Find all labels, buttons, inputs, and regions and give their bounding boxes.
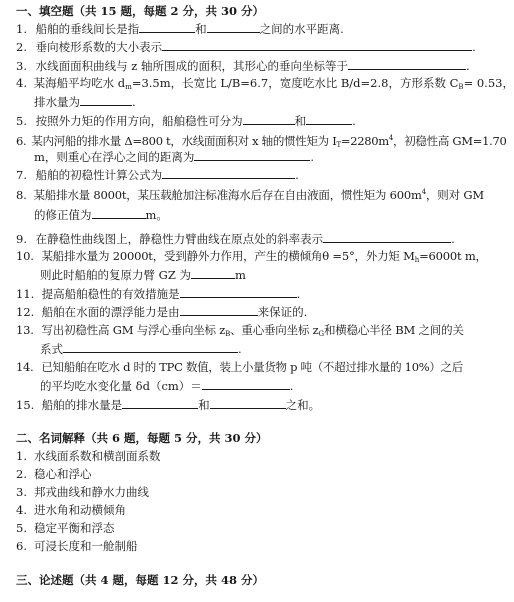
question-text: 水线面面积曲线与 z 轴所围成的面积，其形心的垂向坐标等于 (36, 59, 348, 73)
answer-blank[interactable] (323, 230, 451, 243)
answer-blank[interactable] (243, 112, 295, 125)
answer-blank[interactable] (80, 93, 132, 106)
question-4-continued: 排水量为. (34, 93, 136, 109)
section3-heading: 三、论述题（共 4 题，每题 12 分，共 48 分） (16, 572, 264, 588)
question-10-continued: 则此时船舶的复原力臂 GZ 为m (40, 266, 246, 282)
question-number: 2. (16, 39, 32, 55)
term-item-4: 4.进水角和动横倾角 (16, 502, 126, 518)
question-1: 1. 船舶的垂线间长是指和之间的水平距离. (16, 20, 344, 36)
question-number: 9. (16, 231, 32, 247)
term-item-6: 6.可浸长度和一舱制船 (16, 538, 138, 554)
term-text: 水线面系数和横剖面系数 (34, 449, 161, 463)
subscript: m (125, 83, 132, 91)
answer-blank[interactable] (191, 266, 235, 279)
question-5: 5. 按照外力矩的作用方向，船舶稳性可分为和. (16, 112, 356, 128)
answer-blank[interactable] (180, 285, 297, 298)
question-text: ，初稳性高 GM=1.70 (393, 134, 506, 148)
question-text: =2280m (341, 134, 389, 148)
question-6-continued: m，则重心在浮心之间的距离为. (34, 148, 314, 164)
question-2: 2. 垂向棱形系数的大小表示. (16, 38, 476, 54)
term-text: 稳心和浮心 (34, 467, 92, 481)
question-number: 6. (16, 133, 28, 149)
question-text: 和横稳心半径 BM 之间的关 (324, 323, 464, 337)
question-text: 之间的水平距离. (260, 22, 344, 36)
question-number: 4. (16, 75, 30, 91)
question-14: 14. 已知船舶在吃水 d 时的 TPC 数值，装上小量货物 p 吨（不超过排水… (16, 359, 463, 375)
question-12: 12. 船舶在水面的漂浮能力是由来保证的. (16, 303, 307, 319)
question-number: 7. (16, 167, 32, 183)
answer-blank[interactable] (194, 148, 310, 161)
answer-blank[interactable] (122, 396, 198, 409)
term-number: 6. (16, 538, 34, 554)
question-text: . (297, 287, 301, 301)
section1-heading: 一、填空题（共 15 题，每题 2 分，共 30 分） (16, 3, 264, 19)
question-text: 则此时船舶的复原力臂 GZ 为 (40, 268, 191, 282)
question-text: 已知船舶在吃水 d 时的 TPC 数值，装上小量货物 p 吨（不超过排水量的 1… (41, 360, 463, 374)
term-item-5: 5.稳定平衡和浮态 (16, 520, 115, 536)
question-text: =6000t m， (419, 249, 487, 263)
question-text: . (472, 40, 476, 54)
question-11: 11. 提高船舶稳性的有效措施是. (16, 285, 300, 301)
question-text: 某船排水量 8000t，某压载舱加注标准海水后存在自由液面，惯性矩为 600m (33, 188, 421, 202)
question-15: 15. 船舶的排水量是和之和。 (16, 396, 320, 412)
term-number: 1. (16, 448, 34, 464)
question-text: . (352, 114, 356, 128)
question-text: 船舶的垂线间长是指 (36, 22, 140, 36)
answer-blank[interactable] (348, 57, 466, 70)
question-text: =3.5m，长宽比 L/B=6.7，宽度吃水比 B/d=2.8，方形系数 C (132, 76, 459, 90)
question-number: 3. (16, 58, 32, 74)
question-number: 8. (16, 187, 30, 203)
question-text: 和 (198, 398, 210, 412)
question-text: 之和。 (286, 398, 321, 412)
question-text: . (451, 232, 455, 246)
question-text: 按照外力矩的作用方向，船舶稳性可分为 (36, 114, 243, 128)
term-item-1: 1.水线面系数和横剖面系数 (16, 448, 161, 464)
question-text: . (295, 168, 299, 182)
question-text: 船舶在水面的漂浮能力是由 (42, 305, 180, 319)
question-text: 和 (295, 114, 307, 128)
term-number: 5. (16, 520, 34, 536)
term-number: 3. (16, 484, 34, 500)
term-number: 4. (16, 502, 34, 518)
answer-blank[interactable] (139, 20, 195, 33)
question-number: 12. (16, 304, 38, 320)
question-number: 11. (16, 286, 38, 302)
question-14-continued: 的平均吃水变化量 δd（cm）＝. (40, 377, 293, 393)
term-text: 可浸长度和一舱制船 (34, 539, 138, 553)
question-text: . (290, 379, 294, 393)
question-number: 14. (16, 359, 38, 375)
answer-blank[interactable] (63, 340, 238, 353)
answer-blank[interactable] (210, 396, 286, 409)
term-text: 稳定平衡和浮态 (34, 521, 115, 535)
question-text: 提高船舶稳性的有效措施是 (42, 287, 180, 301)
question-6: 6. 某内河船的排水量 Δ=800 t，水线面面积对 x 轴的惯性矩为 IT=2… (16, 130, 507, 146)
answer-blank[interactable] (306, 112, 352, 125)
question-text: m (235, 268, 246, 282)
question-text: ，则对 GM (426, 188, 484, 202)
question-text: 的平均吃水变化量 δd（cm）＝ (40, 379, 202, 393)
question-4: 4. 某海船平均吃水 dm=3.5m，长宽比 L/B=6.7，宽度吃水比 B/d… (16, 75, 514, 91)
question-number: 1. (16, 21, 32, 37)
question-text: 垂向棱形系数的大小表示 (36, 40, 163, 54)
question-text: . (466, 59, 470, 73)
answer-blank[interactable] (92, 206, 146, 219)
question-text: . (132, 95, 136, 109)
question-8: 8. 某船排水量 8000t，某压载舱加注标准海水后存在自由液面，惯性矩为 60… (16, 184, 484, 200)
question-number: 5. (16, 113, 32, 129)
question-text: 写出初稳性高 GM 与浮心垂向坐标 z (41, 323, 225, 337)
question-text: 某内河船的排水量 Δ=800 t，水线面面积对 x 轴的惯性矩为 I (31, 134, 336, 148)
question-text: 来保证的. (258, 305, 308, 319)
question-text: 排水量为 (34, 95, 80, 109)
section2-heading: 二、名词解释（共 6 题，每题 5 分，共 30 分） (16, 430, 268, 446)
question-text: 某海船平均吃水 d (34, 76, 126, 90)
answer-blank[interactable] (162, 166, 295, 179)
question-text: 和 (195, 22, 207, 36)
question-text: = 0.53，其 (464, 76, 514, 90)
answer-blank[interactable] (180, 303, 258, 316)
question-text: . (238, 342, 242, 356)
question-text: 船舶的排水量是 (42, 398, 123, 412)
question-7: 7. 船舶的初稳性计算公式为. (16, 166, 299, 182)
term-text: 进水角和动横倾角 (34, 503, 126, 517)
question-number: 15. (16, 397, 38, 413)
question-text: . (310, 150, 314, 164)
term-text: 邦戎曲线和静水力曲线 (34, 485, 149, 499)
question-13: 13. 写出初稳性高 GM 与浮心垂向坐标 zB、重心垂向坐标 zG和横稳心半径… (16, 322, 464, 338)
question-text: 、重心垂向坐标 z (230, 323, 318, 337)
answer-blank[interactable] (162, 38, 472, 51)
question-text: 船舶的初稳性计算公式为 (36, 168, 163, 182)
question-8-continued: 的修正值为m。 (34, 206, 168, 222)
question-number: 13. (16, 322, 38, 338)
term-item-2: 2.稳心和浮心 (16, 466, 92, 482)
answer-blank[interactable] (207, 20, 260, 33)
question-text: m，则重心在浮心之间的距离为 (34, 150, 194, 164)
question-13-continued: 系式. (40, 340, 242, 356)
answer-blank[interactable] (202, 377, 290, 390)
term-item-3: 3.邦戎曲线和静水力曲线 (16, 484, 149, 500)
question-9: 9. 在静稳性曲线图上，静稳性力臂曲线在原点处的斜率表示. (16, 230, 455, 246)
question-text: 的修正值为 (34, 208, 92, 222)
question-text: 某船排水量为 20000t，受到静外力作用，产生的横倾角θ =5°，外力矩 M (41, 249, 414, 263)
question-text: 系式 (40, 342, 63, 356)
question-text: m。 (146, 208, 168, 222)
term-number: 2. (16, 466, 34, 482)
question-text: 在静稳性曲线图上，静稳性力臂曲线在原点处的斜率表示 (36, 232, 324, 246)
question-number: 10. (16, 248, 38, 264)
question-3: 3. 水线面面积曲线与 z 轴所围成的面积，其形心的垂向坐标等于. (16, 57, 470, 73)
question-10: 10. 某船排水量为 20000t，受到静外力作用，产生的横倾角θ =5°，外力… (16, 248, 487, 264)
